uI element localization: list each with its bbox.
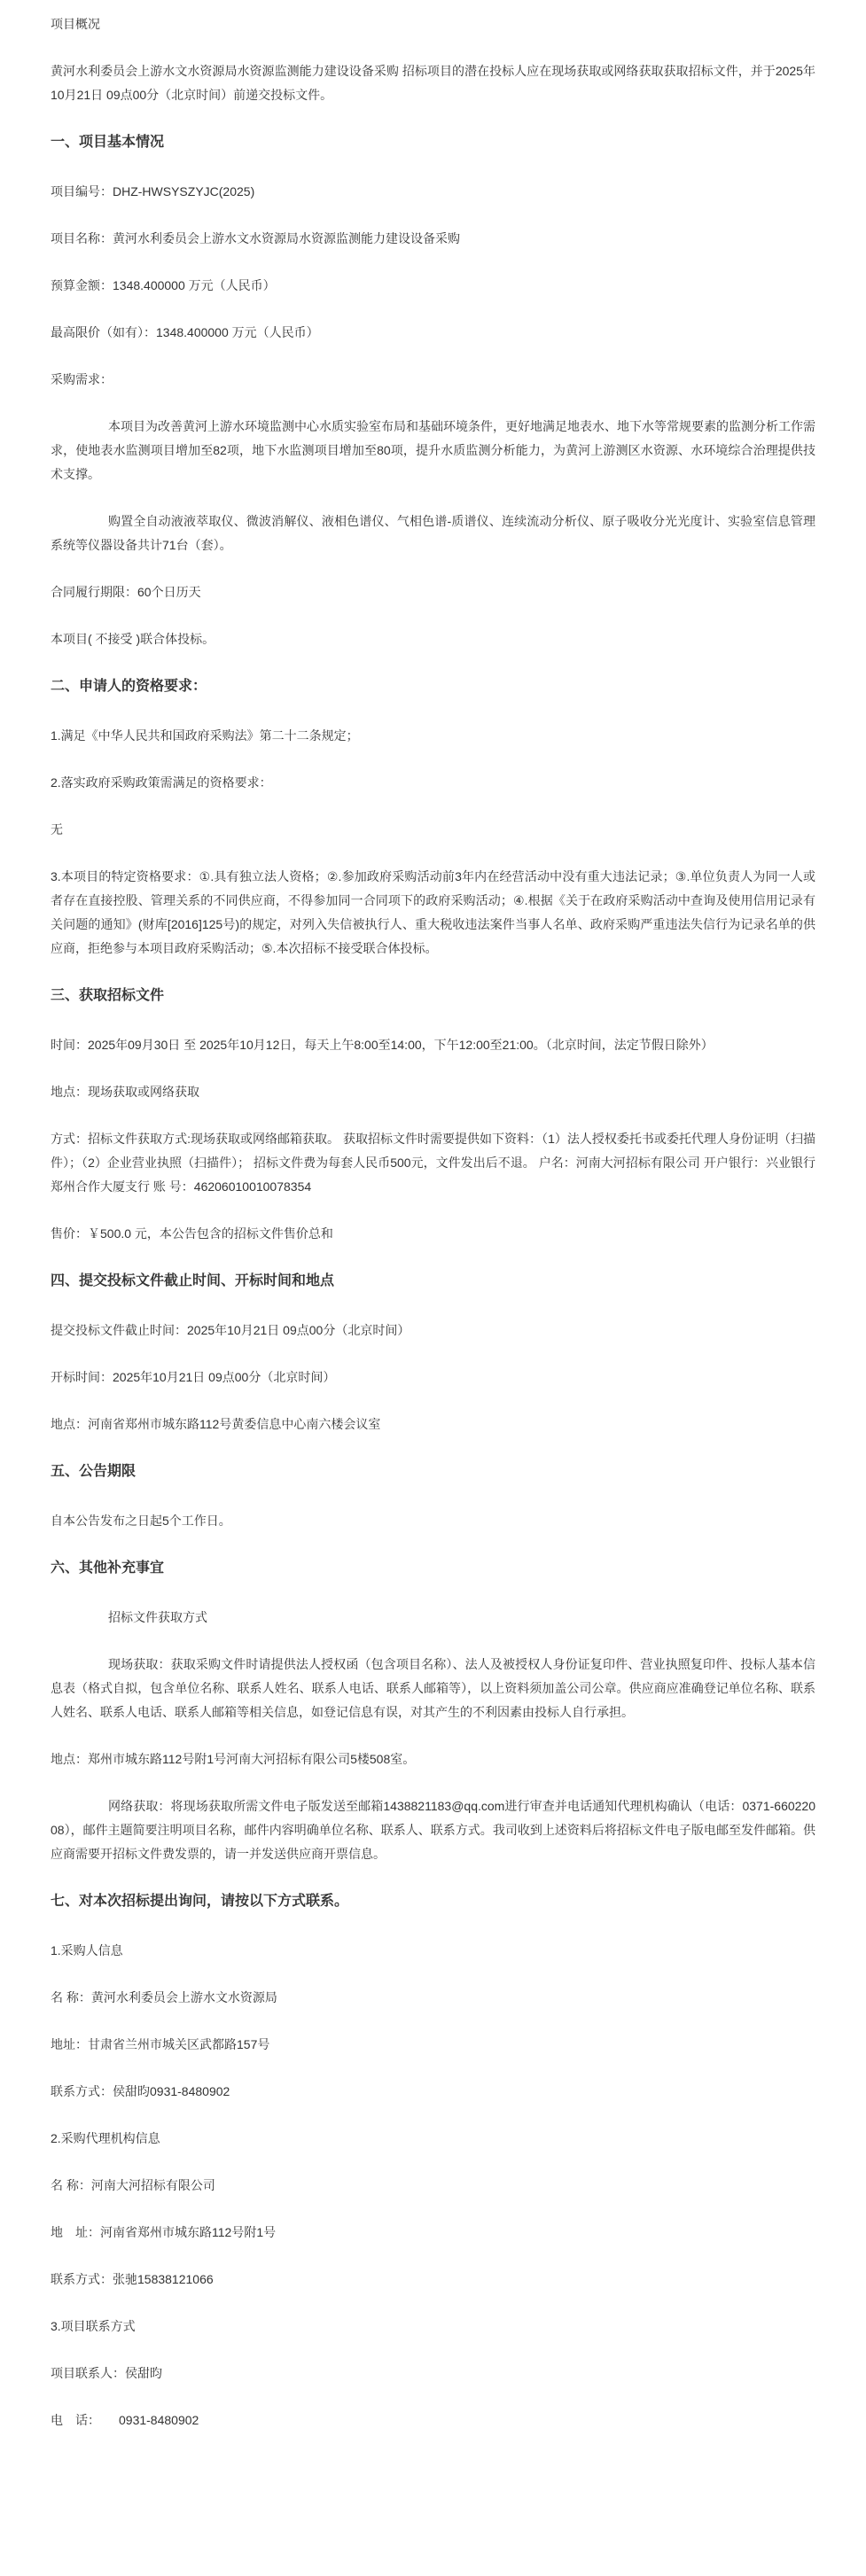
- paragraph: 地点：郑州市城东路112号附1号河南大河招标有限公司5楼508室。: [51, 1747, 815, 1771]
- section-heading: 二、申请人的资格要求：: [51, 674, 815, 699]
- section-heading: 三、获取招标文件: [51, 984, 815, 1008]
- paragraph: 采购需求：: [51, 368, 815, 392]
- paragraph: 黄河水利委员会上游水文水资源局水资源监测能力建设设备采购 招标项目的潜在投标人应…: [51, 59, 815, 107]
- paragraph: 地 址：河南省郑州市城东路112号附1号: [51, 2221, 815, 2245]
- tender-announcement-document: 项目概况黄河水利委员会上游水文水资源局水资源监测能力建设设备采购 招标项目的潜在…: [0, 0, 866, 2491]
- paragraph: 项目编号：DHZ-HWSYSZYJC(2025): [51, 180, 815, 204]
- paragraph: 本项目为改善黄河上游水环境监测中心水质实验室布局和基础环境条件，更好地满足地表水…: [51, 415, 815, 486]
- section-heading: 六、其他补充事宜: [51, 1556, 815, 1581]
- paragraph: 无: [51, 818, 815, 842]
- paragraph: 项目联系人：侯甜昀: [51, 2362, 815, 2385]
- paragraph: 地点：河南省郑州市城东路112号黄委信息中心南六楼会议室: [51, 1413, 815, 1436]
- paragraph: 1.满足《中华人民共和国政府采购法》第二十二条规定；: [51, 724, 815, 748]
- paragraph: 合同履行期限：60个日历天: [51, 580, 815, 604]
- paragraph: 3.本项目的特定资格要求：①.具有独立法人资格；②.参加政府采购活动前3年内在经…: [51, 865, 815, 961]
- section-heading: 五、公告期限: [51, 1459, 815, 1484]
- paragraph: 本项目( 不接受 )联合体投标。: [51, 627, 815, 651]
- paragraph: 自本公告发布之日起5个工作日。: [51, 1509, 815, 1533]
- section-heading: 一、项目基本情况: [51, 130, 815, 155]
- paragraph: 现场获取：获取采购文件时请提供法人授权函（包含项目名称）、法人及被授权人身份证复…: [51, 1653, 815, 1724]
- paragraph: 联系方式：侯甜昀0931-8480902: [51, 2080, 815, 2104]
- paragraph: 名 称：黄河水利委员会上游水文水资源局: [51, 1986, 815, 2010]
- paragraph: 最高限价（如有）：1348.400000 万元（人民币）: [51, 321, 815, 345]
- paragraph: 购置全自动液液萃取仪、微波消解仪、液相色谱仪、气相色谱-质谱仪、连续流动分析仪、…: [51, 510, 815, 557]
- paragraph: 开标时间：2025年10月21日 09点00分（北京时间）: [51, 1366, 815, 1389]
- paragraph: 预算金额：1348.400000 万元（人民币）: [51, 274, 815, 298]
- paragraph: 项目概况: [51, 12, 815, 36]
- section-heading: 四、提交投标文件截止时间、开标时间和地点: [51, 1269, 815, 1294]
- paragraph: 2.采购代理机构信息: [51, 2127, 815, 2151]
- paragraph: 地址：甘肃省兰州市城关区武都路157号: [51, 2033, 815, 2057]
- paragraph: 1.采购人信息: [51, 1939, 815, 1963]
- paragraph: 方式：招标文件获取方式:现场获取或网络邮箱获取。 获取招标文件时需要提供如下资料…: [51, 1127, 815, 1199]
- paragraph: 时间：2025年09月30日 至 2025年10月12日，每天上午8:00至14…: [51, 1033, 815, 1057]
- paragraph: 项目名称：黄河水利委员会上游水文水资源局水资源监测能力建设设备采购: [51, 227, 815, 251]
- paragraph: 提交投标文件截止时间：2025年10月21日 09点00分（北京时间）: [51, 1319, 815, 1342]
- section-heading: 七、对本次招标提出询问，请按以下方式联系。: [51, 1889, 815, 1914]
- paragraph: 2.落实政府采购政策需满足的资格要求：: [51, 771, 815, 795]
- paragraph: 联系方式：张驰15838121066: [51, 2268, 815, 2292]
- paragraph: 3.项目联系方式: [51, 2315, 815, 2339]
- paragraph: 电 话： 0931-8480902: [51, 2409, 815, 2432]
- paragraph: 售价：￥500.0 元，本公告包含的招标文件售价总和: [51, 1222, 815, 1246]
- paragraph: 地点：现场获取或网络获取: [51, 1080, 815, 1104]
- paragraph: 网络获取：将现场获取所需文件电子版发送至邮箱1438821183@qq.com进…: [51, 1794, 815, 1866]
- paragraph: 名 称：河南大河招标有限公司: [51, 2174, 815, 2198]
- paragraph: 招标文件获取方式: [51, 1606, 815, 1630]
